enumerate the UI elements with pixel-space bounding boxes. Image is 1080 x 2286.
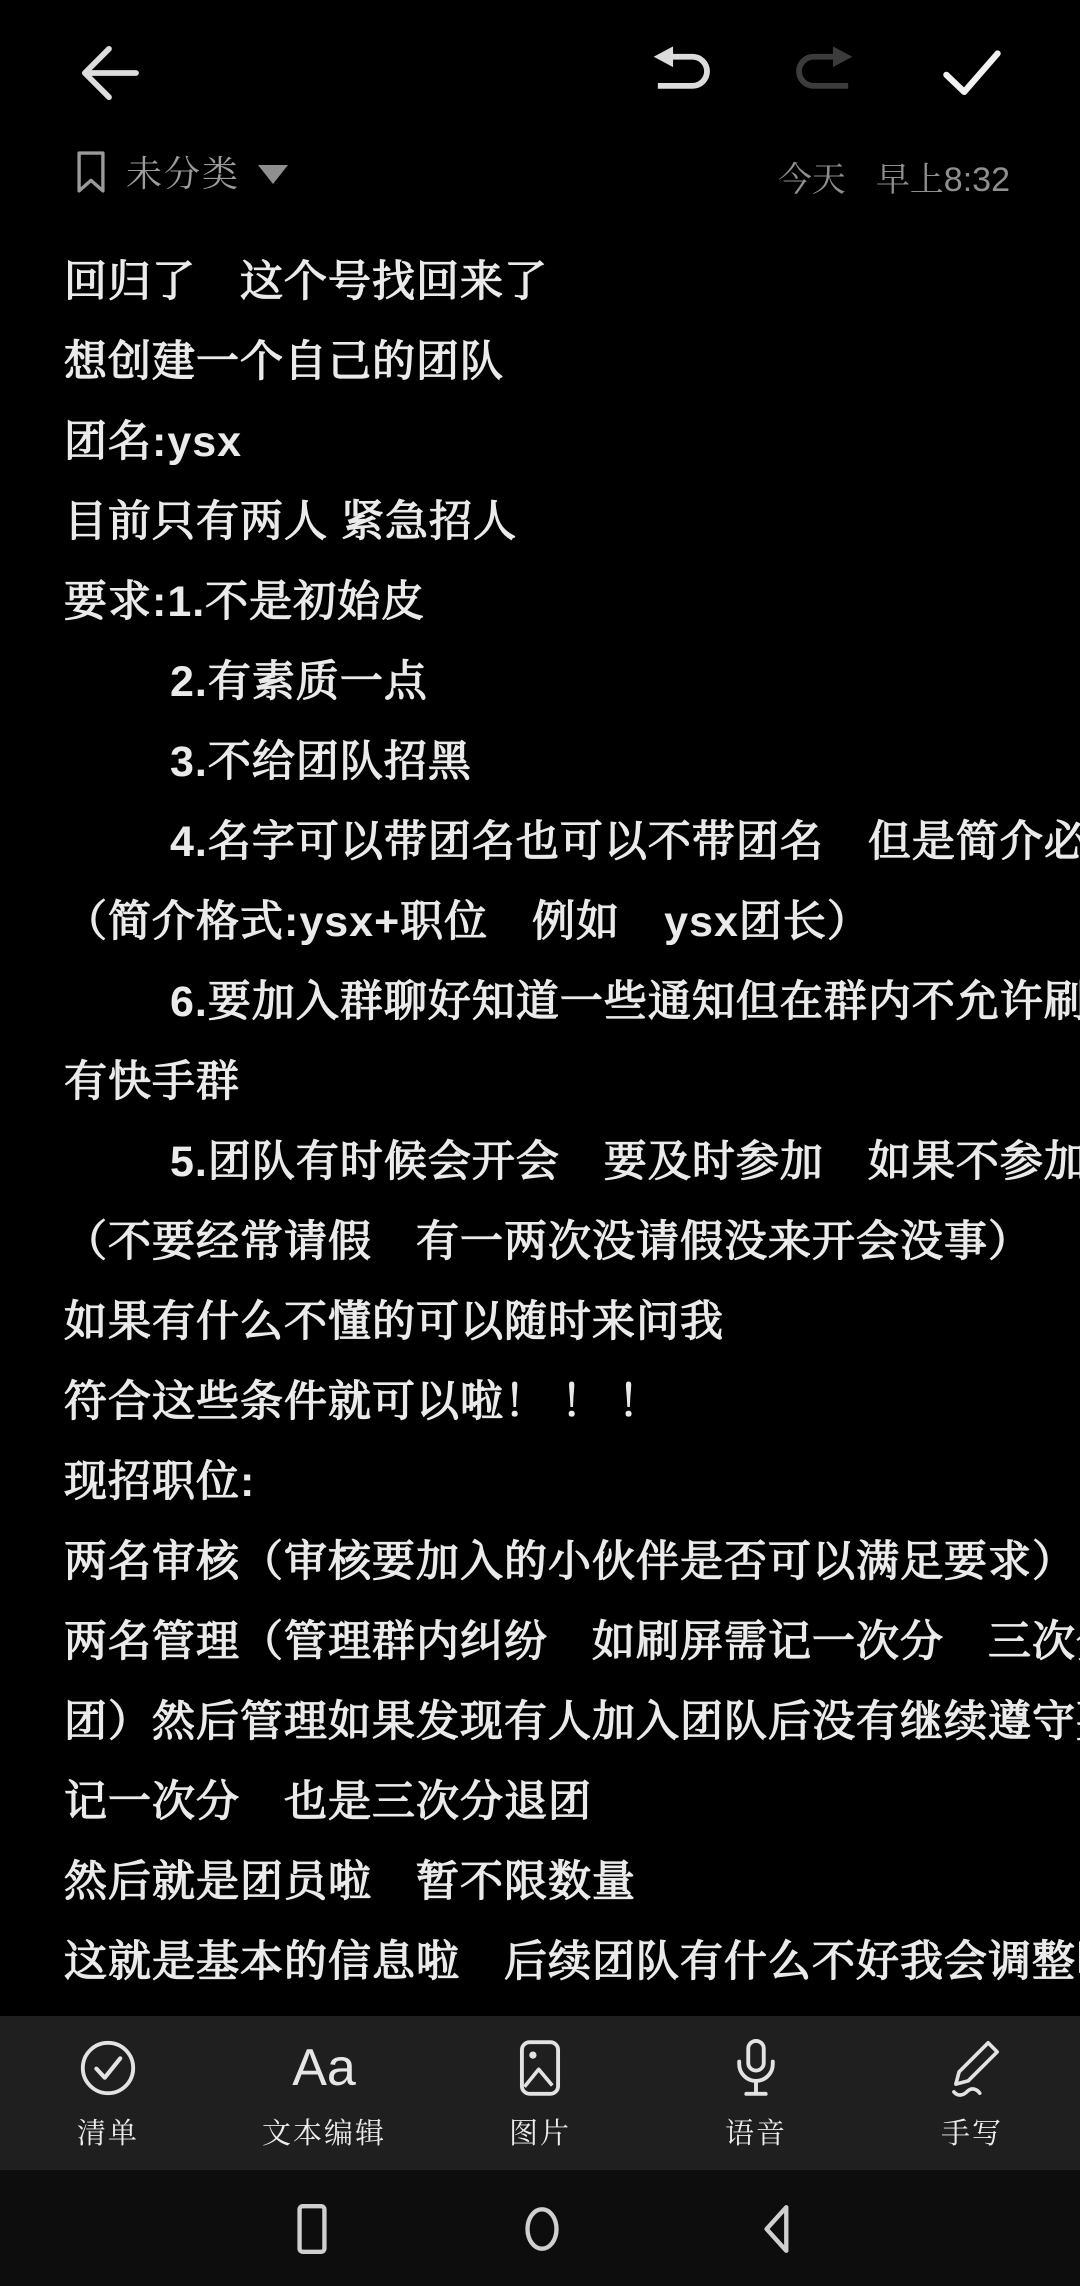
note-line[interactable]: 3.不给团队招黑 (64, 722, 1024, 802)
note-line[interactable]: 要求:1.不是初始皮 (64, 562, 1024, 642)
category-label: 未分类 (126, 146, 240, 197)
note-line-text: 如果有什么不懂的可以随时来问我 (64, 1298, 724, 1346)
checklist-label: 清单 (77, 2111, 139, 2152)
text-edit-button[interactable]: Aa 文本编辑 (216, 2016, 432, 2170)
note-line-text: 这就是基本的信息啦 后续团队有什么不好我会调整哒 (64, 1938, 1080, 1986)
note-line[interactable]: 两名审核（审核要加入的小伙伴是否可以满足要求） (64, 1522, 1024, 1602)
note-line-text: 3.不给团队招黑 (170, 738, 472, 786)
note-line-text: 有快手群 (64, 1058, 240, 1106)
note-line-text: （简介格式:ysx+职位 例如 ysx团长） (64, 898, 871, 946)
confirm-button[interactable] (936, 42, 1008, 102)
check-icon (935, 43, 1009, 101)
date-label: 今天 (778, 152, 846, 201)
note-line[interactable]: 目前只有两人 紧急招人 (64, 482, 1024, 562)
checklist-button[interactable]: 清单 (0, 2016, 216, 2170)
image-label: 图片 (509, 2111, 571, 2152)
note-line[interactable]: （简介格式:ysx+职位 例如 ysx团长） (64, 882, 1024, 962)
note-line[interactable]: （不要经常请假 有一两次没请假没来开会没事） (64, 1202, 1024, 1282)
undo-icon (644, 44, 716, 100)
handwriting-button[interactable]: 手写 (864, 2016, 1080, 2170)
note-line-text: （不要经常请假 有一两次没请假没来开会没事） (64, 1218, 1032, 1266)
note-line-text: 2.有素质一点 (170, 658, 428, 706)
checklist-icon (77, 2035, 139, 2101)
handwriting-icon (941, 2035, 1003, 2101)
note-line[interactable]: 回归了 这个号找回来了 (64, 242, 1024, 322)
note-line[interactable]: 团）然后管理如果发现有人加入团队后没有继续遵守要求的也要 (64, 1682, 1024, 1762)
category-selector[interactable]: 未分类 (70, 146, 288, 197)
note-datetime: 今天 早上8:32 (778, 152, 1010, 201)
voice-button[interactable]: 语音 (648, 2016, 864, 2170)
image-button[interactable]: 图片 (432, 2016, 648, 2170)
note-line-text: 团名:ysx (64, 418, 242, 466)
note-line[interactable]: 如果有什么不懂的可以随时来问我 (64, 1282, 1024, 1362)
aa-glyph: Aa (292, 2038, 356, 2098)
note-line[interactable]: 团名:ysx (64, 402, 1024, 482)
note-line-text: 两名管理（管理群内纠纷 如刷屏需记一次分 三次分要求他退 (64, 1618, 1080, 1666)
note-line[interactable]: 符合这些条件就可以啦！ ！ ！ (64, 1362, 1024, 1442)
nav-home-button[interactable] (512, 2198, 572, 2260)
home-circle-icon (516, 2200, 568, 2258)
android-nav-bar (0, 2170, 1080, 2286)
handwriting-label: 手写 (941, 2111, 1003, 2152)
note-line-text: 然后就是团员啦 暂不限数量 (64, 1858, 636, 1906)
note-line[interactable]: 现招职位: (64, 1442, 1024, 1522)
note-line[interactable]: 记一次分 也是三次分退团 (64, 1762, 1024, 1842)
note-line-text: 记一次分 也是三次分退团 (64, 1778, 592, 1826)
note-editor-body[interactable]: 回归了 这个号找回来了 想创建一个自己的团队 团名:ysx 目前只有两人 紧急招… (64, 242, 1024, 2002)
redo-icon (790, 44, 862, 100)
note-line[interactable]: 两名管理（管理群内纠纷 如刷屏需记一次分 三次分要求他退 (64, 1602, 1024, 1682)
bookmark-icon (70, 148, 112, 196)
note-line-text: 两名审核（审核要加入的小伙伴是否可以满足要求） (64, 1538, 1076, 1586)
voice-icon (725, 2035, 787, 2101)
meta-row: 未分类 今天 早上8:32 (0, 146, 1080, 202)
note-line[interactable]: 这就是基本的信息啦 后续团队有什么不好我会调整哒 (64, 1922, 1024, 2002)
text-edit-icon: Aa (292, 2035, 356, 2101)
undo-button[interactable] (644, 42, 716, 102)
editor-toolbar: 清单 Aa 文本编辑 图片 (0, 2016, 1080, 2170)
note-line-text: 目前只有两人 紧急招人 (64, 498, 517, 546)
note-line[interactable]: 有快手群 (64, 1042, 1024, 1122)
nav-back-button[interactable] (748, 2198, 808, 2260)
back-triangle-icon (752, 2200, 804, 2258)
note-line[interactable]: 5.团队有时候会开会 要及时参加 如果不参加要及时请假 (64, 1122, 1024, 1202)
note-line-text: 6.要加入群聊好知道一些通知但在群内不允许刷屏 目前 (170, 978, 1080, 1026)
text-edit-label: 文本编辑 (262, 2111, 386, 2152)
note-line[interactable]: 2.有素质一点 (64, 642, 1024, 722)
top-actions (644, 42, 1008, 102)
image-icon (509, 2035, 571, 2101)
note-line-text: 符合这些条件就可以啦！ ！ ！ (64, 1378, 662, 1426)
caret-down-icon (258, 165, 288, 184)
back-button[interactable] (72, 40, 146, 106)
redo-button[interactable] (790, 42, 862, 102)
note-line[interactable]: 想创建一个自己的团队 (64, 322, 1024, 402)
note-line[interactable]: 4.名字可以带团名也可以不带团名 但是简介必须要带团名 (64, 802, 1024, 882)
note-line[interactable]: 然后就是团员啦 暂不限数量 (64, 1842, 1024, 1922)
voice-label: 语音 (725, 2111, 787, 2152)
recents-square-icon (286, 2200, 338, 2258)
time-label: 早上8:32 (876, 152, 1010, 201)
note-line[interactable]: 6.要加入群聊好知道一些通知但在群内不允许刷屏 目前 (64, 962, 1024, 1042)
back-arrow-icon (72, 40, 146, 106)
note-line-text: 5.团队有时候会开会 要及时参加 如果不参加要及时请假 (170, 1138, 1080, 1186)
top-bar (0, 0, 1080, 140)
note-line-text: 现招职位: (64, 1458, 255, 1506)
note-line-text: 回归了 这个号找回来了 (64, 258, 548, 306)
nav-recents-button[interactable] (282, 2198, 342, 2260)
note-line-text: 团）然后管理如果发现有人加入团队后没有继续遵守要求的也要 (64, 1698, 1080, 1746)
note-editor-screen: 未分类 今天 早上8:32 回归了 这个号找回来了 想创建一个自己的团队 团名:… (0, 0, 1080, 2286)
note-line-text: 要求:1.不是初始皮 (64, 578, 425, 626)
note-line-text: 想创建一个自己的团队 (64, 338, 504, 386)
note-line-text: 4.名字可以带团名也可以不带团名 但是简介必须要带团名 (170, 818, 1080, 866)
